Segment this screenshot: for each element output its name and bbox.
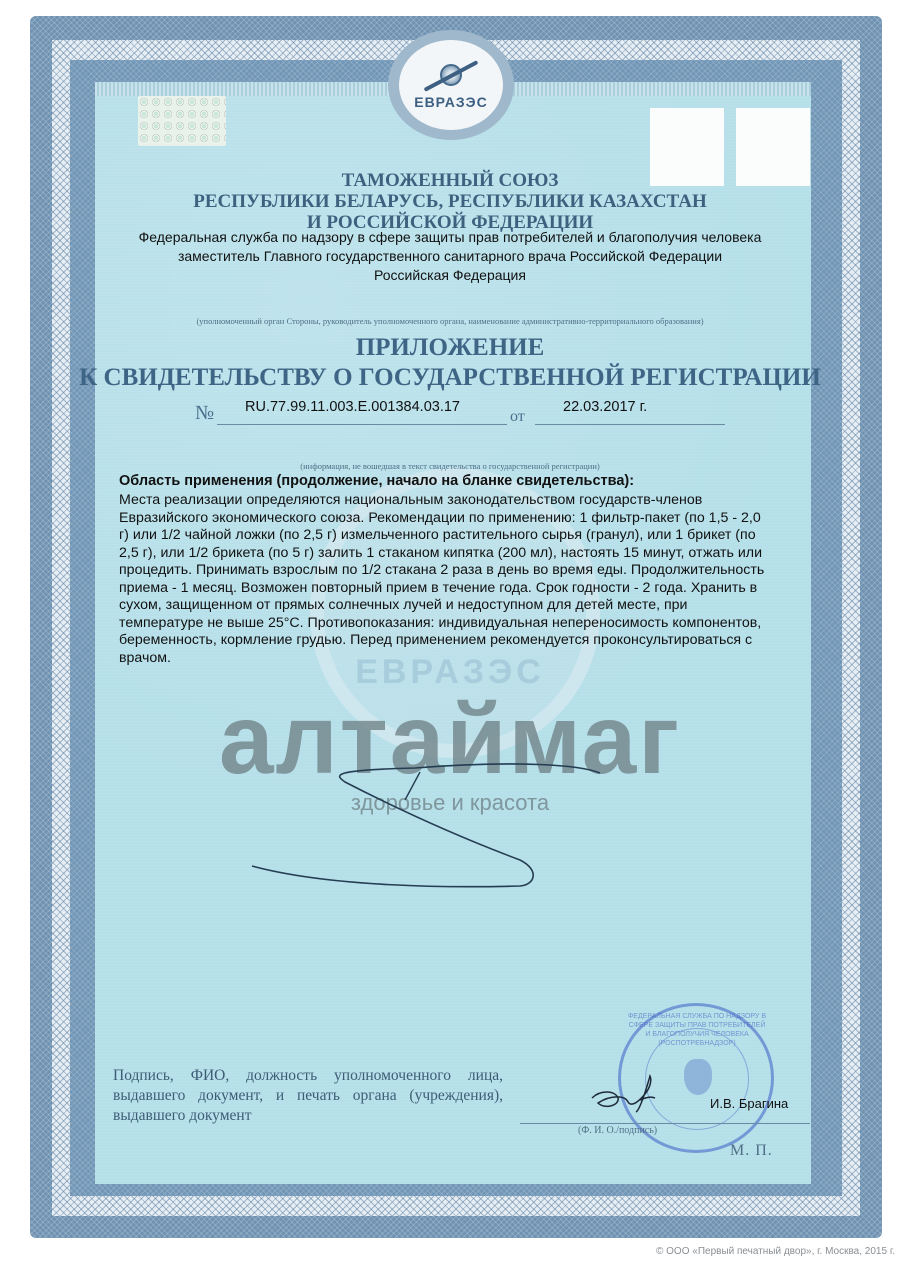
emblem-label: ЕВРАЗЭС bbox=[414, 94, 488, 110]
body-line: 2,5 г), или 1/2 брикета (по 5 г) залить … bbox=[119, 545, 811, 563]
body-line: г) или 1/2 чайной ложки (по 2,5 г) измел… bbox=[119, 527, 811, 545]
body-line: Евразийского экономического союза. Реком… bbox=[119, 510, 811, 528]
body-line: беременность, кормление грудью. Перед пр… bbox=[119, 632, 811, 650]
hologram-security-patch bbox=[138, 96, 226, 146]
title-line: К СВИДЕТЕЛЬСТВУ О ГОСУДАРСТВЕННОЙ РЕГИСТ… bbox=[0, 363, 900, 393]
double-headed-eagle-icon bbox=[684, 1059, 712, 1095]
body-line: сухом, защищенном от прямых солнечных лу… bbox=[119, 597, 811, 615]
registration-number-row: № RU.77.99.11.003.E.001384.03.17 от 22.0… bbox=[195, 398, 725, 426]
body-paragraph: Места реализации определяются национальн… bbox=[119, 492, 811, 667]
body-line: температуре не выше 25°С. Противопоказан… bbox=[119, 615, 811, 633]
watermark-brand: алтаймаг bbox=[0, 690, 900, 788]
signature-label: Подпись, ФИО, должность уполномоченного … bbox=[113, 1066, 503, 1126]
body-line: врачом. bbox=[119, 650, 811, 668]
authority-line: Российская Федерация bbox=[0, 266, 900, 285]
authority-line: Федеральная служба по надзору в сфере за… bbox=[0, 228, 900, 247]
seal-inner-ring bbox=[645, 1028, 749, 1130]
body-line: приема - 1 месяц. Возможен повторный при… bbox=[119, 580, 811, 598]
printer-copyright: © ООО «Первый печатный двор», г. Москва,… bbox=[656, 1246, 895, 1257]
registration-caption: (информация, не вошедшая в текст свидете… bbox=[0, 461, 900, 471]
section-heading: Область применения (продолжение, начало … bbox=[119, 473, 634, 489]
eurasec-emblem: ЕВРАЗЭС bbox=[388, 30, 514, 140]
signature-underline bbox=[520, 1123, 810, 1124]
signer-name: И.В. Брагина bbox=[710, 1096, 788, 1111]
issuing-authority: Федеральная служба по надзору в сфере за… bbox=[0, 228, 900, 285]
date-label: от bbox=[510, 408, 525, 426]
watermark-tagline: здоровье и красота bbox=[0, 790, 900, 816]
registration-number: RU.77.99.11.003.E.001384.03.17 bbox=[245, 399, 460, 415]
document-title: ПРИЛОЖЕНИЕ К СВИДЕТЕЛЬСТВУ О ГОСУДАРСТВЕ… bbox=[0, 333, 900, 393]
registration-date: 22.03.2017 г. bbox=[563, 399, 647, 415]
number-underline bbox=[217, 424, 507, 425]
title-line: ПРИЛОЖЕНИЕ bbox=[0, 333, 900, 363]
authority-line: заместитель Главного государственного са… bbox=[0, 247, 900, 266]
seal-place-mark: М. П. bbox=[730, 1142, 773, 1160]
customs-union-heading: ТАМОЖЕННЫЙ СОЮЗ РЕСПУБЛИКИ БЕЛАРУСЬ, РЕС… bbox=[0, 170, 900, 233]
number-sign-label: № bbox=[195, 402, 214, 425]
heading-line: РЕСПУБЛИКИ БЕЛАРУСЬ, РЕСПУБЛИКИ КАЗАХСТА… bbox=[0, 191, 900, 212]
body-line: Места реализации определяются национальн… bbox=[119, 492, 811, 510]
fio-caption: (Ф. И. О./подпись) bbox=[578, 1125, 657, 1136]
heading-line: ТАМОЖЕННЫЙ СОЮЗ bbox=[0, 170, 900, 191]
body-line: процедить. Принимать взрослым по 1/2 ста… bbox=[119, 562, 811, 580]
authority-caption: (уполномоченный орган Стороны, руководит… bbox=[0, 316, 900, 326]
date-underline bbox=[535, 424, 725, 425]
